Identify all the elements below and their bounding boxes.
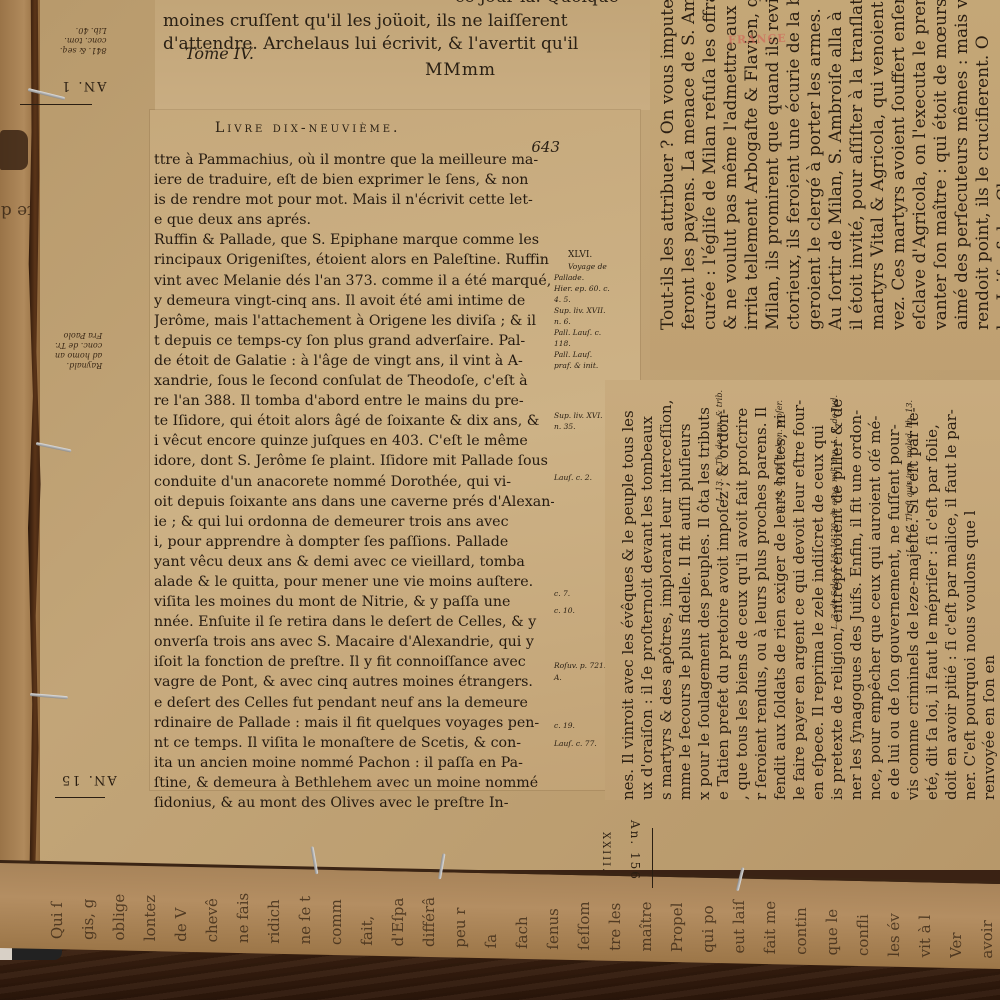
upside-note-top: 841. & seq. conc. tom. Lib. 40. <box>60 25 107 55</box>
bottom-text-columns: Qui ſ gis, g oblige lontez de V chevê ne… <box>50 869 1000 959</box>
text-line: curée : l'égliſe de Milan refuſa les off… <box>700 0 721 330</box>
tome-label: Tome IV. <box>155 44 254 63</box>
note-line: Raynald. <box>67 361 103 370</box>
text-line: nnée. Enſuite il ſe retira dans le deſer… <box>154 612 554 632</box>
margin-note: A. <box>554 672 562 683</box>
text-column: Ver <box>949 888 964 958</box>
text-line: iere de traduire, eſt de bien exprimer l… <box>154 170 554 190</box>
margin-note: Sup. liv. XVII. <box>554 305 606 316</box>
text-line: nt ce temps. Il viſita le monaſtere de S… <box>154 733 554 753</box>
text-line: en eſpece. Il reprima le zele indiſcret … <box>809 440 828 800</box>
text-line: is de rendre mot pour mot. Mais il n'écr… <box>154 190 554 210</box>
text-line: x pour le ſoulagement des peuples. Il ôt… <box>695 440 714 800</box>
text-line: r ſeroient rendus, ou à leurs plus proch… <box>752 440 771 800</box>
text-line: vanter ſon maître : qui étoit de mœurs t… <box>931 0 952 330</box>
text-line: feront les payens. La menace de S. Amb <box>679 0 700 330</box>
text-line: doit en avoir pitié : ſi c'eſt par malic… <box>942 440 961 800</box>
running-header: Livre dix-neuvième. <box>150 110 640 150</box>
text-column: avoir <box>980 889 995 959</box>
margin-note: L. 3. de Salg. & 18. 19. 20. de erog. mi… <box>830 395 860 629</box>
margin-note: Roſuv. p. 721. <box>554 660 606 671</box>
note-line: conc. de Tr. <box>55 341 102 350</box>
year-mark-bottom: AN. 15 <box>60 772 117 787</box>
text-line: onverſa trois ans avec S. Macaire d'Alex… <box>154 632 554 652</box>
text-column: différâ <box>422 877 437 947</box>
note-line: Fra Paolo <box>64 331 103 340</box>
text-column: lontez <box>143 871 158 941</box>
text-line: ie ; & qui lui ordonna de demeurer trois… <box>154 512 554 532</box>
text-line: oit depuis ſoixante ans dans une caverne… <box>154 492 554 512</box>
text-column: contin <box>794 885 809 955</box>
text-column: ſeſſom <box>577 880 592 950</box>
margin-note: L. 11. C. Th. de bon. proſer. <box>775 400 785 512</box>
text-column: que le <box>825 885 840 955</box>
text-column: ne fais <box>236 873 251 943</box>
text-line: idore, dont S. Jerôme ſe plaint. Iſidore… <box>154 451 554 471</box>
text-column: peu r <box>453 877 468 947</box>
text-line: , que tous les biens de ceux qu'il avoit… <box>733 440 752 800</box>
margin-note: praf. & init. <box>554 360 598 371</box>
text-line: nes. Il vinroit avec les évêques & le pe… <box>619 440 638 800</box>
text-column: vit à l <box>918 887 933 957</box>
main-page: Livre dix-neuvième. 643 ttre à Pammachiu… <box>150 110 640 790</box>
text-line: renvoyée en ſon en <box>980 440 999 800</box>
rotated-text-block: Tout-ils les attribuer ? On vous impute … <box>658 0 1000 330</box>
margin-note: Hier. ep. 60. c. <box>554 283 610 294</box>
text-line: alade & le quitta, pour mener une vie mo… <box>154 572 554 592</box>
signature-mark: MMmm <box>425 60 496 80</box>
text-line: yant vêcu deux ans & demi avec ce vieill… <box>154 552 554 572</box>
text-column: fach <box>515 879 530 949</box>
text-line: Au ſortir de Milan, S. Ambroiſe alla à <box>826 0 847 330</box>
text-line: t depuis ce temps-cy ſon plus grand adve… <box>154 331 554 351</box>
margin-note: c. 7. <box>554 588 570 599</box>
margin-note: Lauſ. c. 2. <box>554 472 592 483</box>
text-line: Jerôme, mais l'attachement à Origene les… <box>154 311 554 331</box>
text-line: eſclave d'Agricola, on l'executa le prem… <box>910 0 931 330</box>
text-column: eut laiſ <box>732 883 747 953</box>
margin-note: Pallade. <box>554 272 584 283</box>
main-page-body: ttre à Pammachius, où il montre que la m… <box>150 150 554 813</box>
text-line: irrita tellement Arbogaſte & Flavien, qu <box>742 0 763 330</box>
text-column: qui po <box>701 883 716 953</box>
text-line: ſidonius, & au mont des Olives avec le p… <box>154 793 554 813</box>
text-line: ſtine, & demeura à Bethlehem avec un moi… <box>154 773 554 793</box>
rule-line <box>20 104 92 105</box>
margin-note: L. 13. C. Th. de ann. & trib. <box>715 390 725 502</box>
text-line: de étoit de Galatie : à l'âge de vingt a… <box>154 351 554 371</box>
text-line: vez. Ces martyrs avoient ſouffert enſemb… <box>889 0 910 330</box>
text-column: d'Eſpa <box>391 876 406 946</box>
text-column: Qui ſ <box>50 869 65 939</box>
text-column: les év <box>887 887 902 957</box>
margin-note: Pall. Lauſ. <box>554 349 592 360</box>
margin-note: c. 10. <box>554 605 575 616</box>
text-line: ner. C'eſt pourquoi nous voulons que l <box>961 440 980 800</box>
text-column: ſenus <box>546 879 561 949</box>
text-line: Ruffin & Pallade, que S. Epiphane marque… <box>154 230 554 250</box>
note-line: conc. tom. <box>64 36 106 45</box>
text-line: vint avec Melanie dés l'an 373. comme il… <box>154 271 554 291</box>
margin-note: Sup. liv. XVI. <box>554 410 603 421</box>
text-column: maître <box>639 881 654 951</box>
text-column: tre les <box>608 881 623 951</box>
upside-note-mid: Raynald. ad homo an conc. de Tr. Fra Pao… <box>55 330 102 370</box>
text-line: i, pour apprendre à dompter ſes paſſions… <box>154 532 554 552</box>
text-column: oblige <box>112 870 127 940</box>
text-line: conduite d'un anacorete nommé Dorothée, … <box>154 472 554 492</box>
text-line: e de lui ou de ſon gouvernement, ne fuſſ… <box>885 440 904 800</box>
text-column: gis, g <box>81 870 96 940</box>
note-line: Lib. 40. <box>76 26 107 35</box>
text-column: Propel <box>670 882 685 952</box>
margin-note: 118. <box>554 338 571 349</box>
text-line: iſoit la fonction de preſtre. Il y fit c… <box>154 652 554 672</box>
rule-line <box>55 797 105 798</box>
text-line: & ne voulut pas même l'admettre aux p <box>721 0 742 330</box>
text-column: fait me <box>763 884 778 954</box>
text-column: chevê <box>205 872 220 942</box>
rotated-text-block: nes. Il vinroit avec les évêques & le pe… <box>619 440 999 800</box>
text-column: ridich <box>267 874 282 944</box>
text-column: comm <box>329 875 344 945</box>
text-line: le faire payer en argent ce qui devoit l… <box>790 440 809 800</box>
text-line: il étoit invité, pour aſſiſter à la tran… <box>847 0 868 330</box>
margin-note: 4. 5. <box>554 294 571 305</box>
left-strip-text: te de qu ſe ju vo ſu ba pe ro au ſe co q… <box>4 200 34 222</box>
dark-stain <box>0 130 28 170</box>
text-line: rdinaire de Pallade : mais il fit quelqu… <box>154 713 554 733</box>
margin-note: Lauſ. c. 77. <box>554 738 597 749</box>
text-column: ſa <box>484 878 499 948</box>
margin-note: c. 19. <box>554 720 575 731</box>
right-top-page: Tout-ils les attribuer ? On vous impute … <box>650 0 1000 370</box>
margin-note: Voyage de <box>568 261 607 272</box>
text-column: confli <box>856 886 871 956</box>
text-line: geroient le clergé à porter les armes. <box>805 0 826 330</box>
text-column: de V <box>174 872 189 942</box>
margin-note: L. 7. C. Th. ſi quis imp. maled. lib. 13… <box>905 400 915 553</box>
text-line: rendoit point, ils le crucifierent. O <box>973 0 994 330</box>
text-line: Tout-ils les attribuer ? On vous impute <box>658 0 679 330</box>
text-line: nce, pour empêcher que ceux qui auroient… <box>866 440 885 800</box>
text-column: ne ſe t <box>298 874 313 944</box>
text-line: y demeura vingt-cinq ans. Il avoit été a… <box>154 291 554 311</box>
text-line: ita un ancien moine nommé Pachon : il pa… <box>154 753 554 773</box>
text-line: aimé des perſecuteurs mêmes : mais voyan <box>952 0 973 330</box>
text-line: eté, dit ſa loi, il faut le mépriſer : ſ… <box>923 440 942 800</box>
text-line: Milan, ils promirent que quand ils revi <box>763 0 784 330</box>
text-line: e deſert des Celles fut pendant neuf ans… <box>154 693 554 713</box>
margin-note: XLVI. <box>568 250 592 261</box>
text-line: xandrie, ſous le ſecond conſulat de Theo… <box>154 371 554 391</box>
rule-line <box>652 828 653 888</box>
text-line: martyrs Vital & Agricola, qui venoient d <box>868 0 889 330</box>
chapter-mark: XXIII. <box>600 832 611 873</box>
note-line: 841. & seq. <box>60 46 107 55</box>
text-line: e que deux ans aprés. <box>154 210 554 230</box>
text-line: ux d'oraiſon : il ſe proſternoit devant … <box>638 440 657 800</box>
text-line: ctorieux, ils feroient une écurie de la … <box>784 0 805 330</box>
photo-scene: te de qu ſe ju vo ſu ba pe ro au ſe co q… <box>0 0 1000 1000</box>
page-number: 643 <box>531 138 560 156</box>
text-line: s martyrs & des apôtres, implorant leur … <box>657 440 676 800</box>
right-bottom-page: nes. Il vinroit avec les évêques & le pe… <box>605 380 1000 800</box>
margin-note: Pall. Lauſ. c. <box>554 327 601 338</box>
margin-note: n. 6. <box>554 316 571 327</box>
top-page-fragment: ce jour là. Quoique moines cruſſent qu'i… <box>155 0 655 110</box>
text-line: les Juifs, & les Ch <box>994 0 1000 330</box>
text-line: viſita les moines du mont de Nitrie, & y… <box>154 592 554 612</box>
note-line: ad homo an <box>55 351 102 360</box>
text-line: mme le ſecours le plus fidelle. Il fit a… <box>676 440 695 800</box>
text-column: fait, <box>360 876 375 946</box>
text-line: i vêcut encore quinze juſques en 403. C'… <box>154 431 554 451</box>
text-line: vagre de Pont, & avec cinq autres moines… <box>154 672 554 692</box>
year-mark-top: AN. 1 <box>60 78 106 93</box>
text-line: re l'an 388. Il tomba d'abord entre le m… <box>154 391 554 411</box>
year-mark-board: An. 156 <box>628 820 642 881</box>
margin-note: n. 35. <box>554 421 576 432</box>
text-line: te Iſidore, qui étoit alors âgé de ſoixa… <box>154 411 554 431</box>
text-line: ce jour là. Quoique <box>455 0 619 9</box>
text-line: rincipaux Origeniſtes, étoient alors en … <box>154 250 554 270</box>
text-line: ttre à Pammachius, où il montre que la m… <box>154 150 554 170</box>
